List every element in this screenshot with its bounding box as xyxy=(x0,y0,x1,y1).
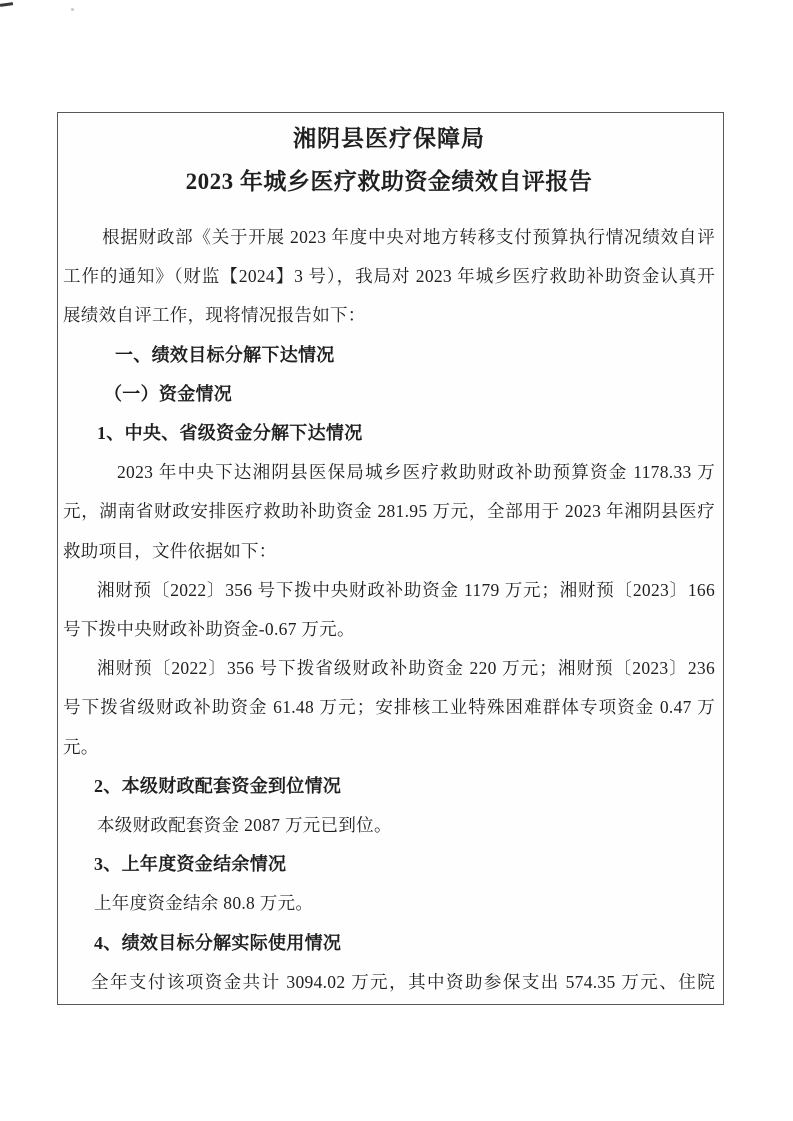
report-heading: （一）资金情况 xyxy=(63,375,715,414)
report-line: 号下拨省级财政补助资金 61.48 万元；安排核工业特殊困难群体专项资金 0.4… xyxy=(63,688,715,727)
report-border-box: 湘阴县医疗保障局 2023 年城乡医疗救助资金绩效自评报告 根据财政部《关于开展… xyxy=(57,112,724,1005)
report-line: 号下拨中央财政补助资金-0.67 万元。 xyxy=(63,610,715,649)
report-line: 救助项目，文件依据如下： xyxy=(63,532,715,571)
report-title: 湘阴县医疗保障局 xyxy=(63,119,715,159)
report-line: 上年度资金结余 80.8 万元。 xyxy=(63,884,715,923)
report-body: 根据财政部《关于开展 2023 年度中央对地方转移支付预算执行情况绩效自评 工作… xyxy=(63,218,715,1002)
report-subtitle: 2023 年城乡医疗救助资金绩效自评报告 xyxy=(63,162,715,202)
report-line: 元。 xyxy=(63,728,715,767)
report-line: 本级财政配套资金 2087 万元已到位。 xyxy=(63,806,715,845)
report-heading: 3、上年度资金结余情况 xyxy=(63,845,715,884)
report-line: 根据财政部《关于开展 2023 年度中央对地方转移支付预算执行情况绩效自评 xyxy=(63,218,715,257)
report-line: 元，湖南省财政安排医疗救助补助资金 281.95 万元，全部用于 2023 年湘… xyxy=(63,492,715,531)
document-page: { "document": { "title": "湘阴县医疗保障局", "su… xyxy=(0,0,793,1121)
report-line: 2023 年中央下达湘阴县医保局城乡医疗救助财政补助预算资金 1178.33 万 xyxy=(63,453,715,492)
report-heading: 4、绩效目标分解实际使用情况 xyxy=(63,924,715,963)
report-heading: 2、本级财政配套资金到位情况 xyxy=(63,767,715,806)
report-line: 工作的通知》（财监【2024】3 号），我局对 2023 年城乡医疗救助补助资金… xyxy=(63,257,715,296)
report-heading: 一、绩效目标分解下达情况 xyxy=(63,336,715,375)
report-heading: 1、中央、省级资金分解下达情况 xyxy=(63,414,715,453)
report-line: 展绩效自评工作，现将情况报告如下： xyxy=(63,296,715,335)
scan-artifact-line xyxy=(0,2,13,7)
report-line: 湘财预〔2022〕356 号下拨中央财政补助资金 1179 万元；湘财预〔202… xyxy=(63,571,715,610)
report-line: 全年支付该项资金共计 3094.02 万元，其中资助参保支出 574.35 万元… xyxy=(63,963,715,1002)
report-content: 湘阴县医疗保障局 2023 年城乡医疗救助资金绩效自评报告 根据财政部《关于开展… xyxy=(58,113,723,1002)
report-line: 湘财预〔2022〕356 号下拨省级财政补助资金 220 万元；湘财预〔2023… xyxy=(63,649,715,688)
scan-artifact-dot xyxy=(71,8,74,11)
